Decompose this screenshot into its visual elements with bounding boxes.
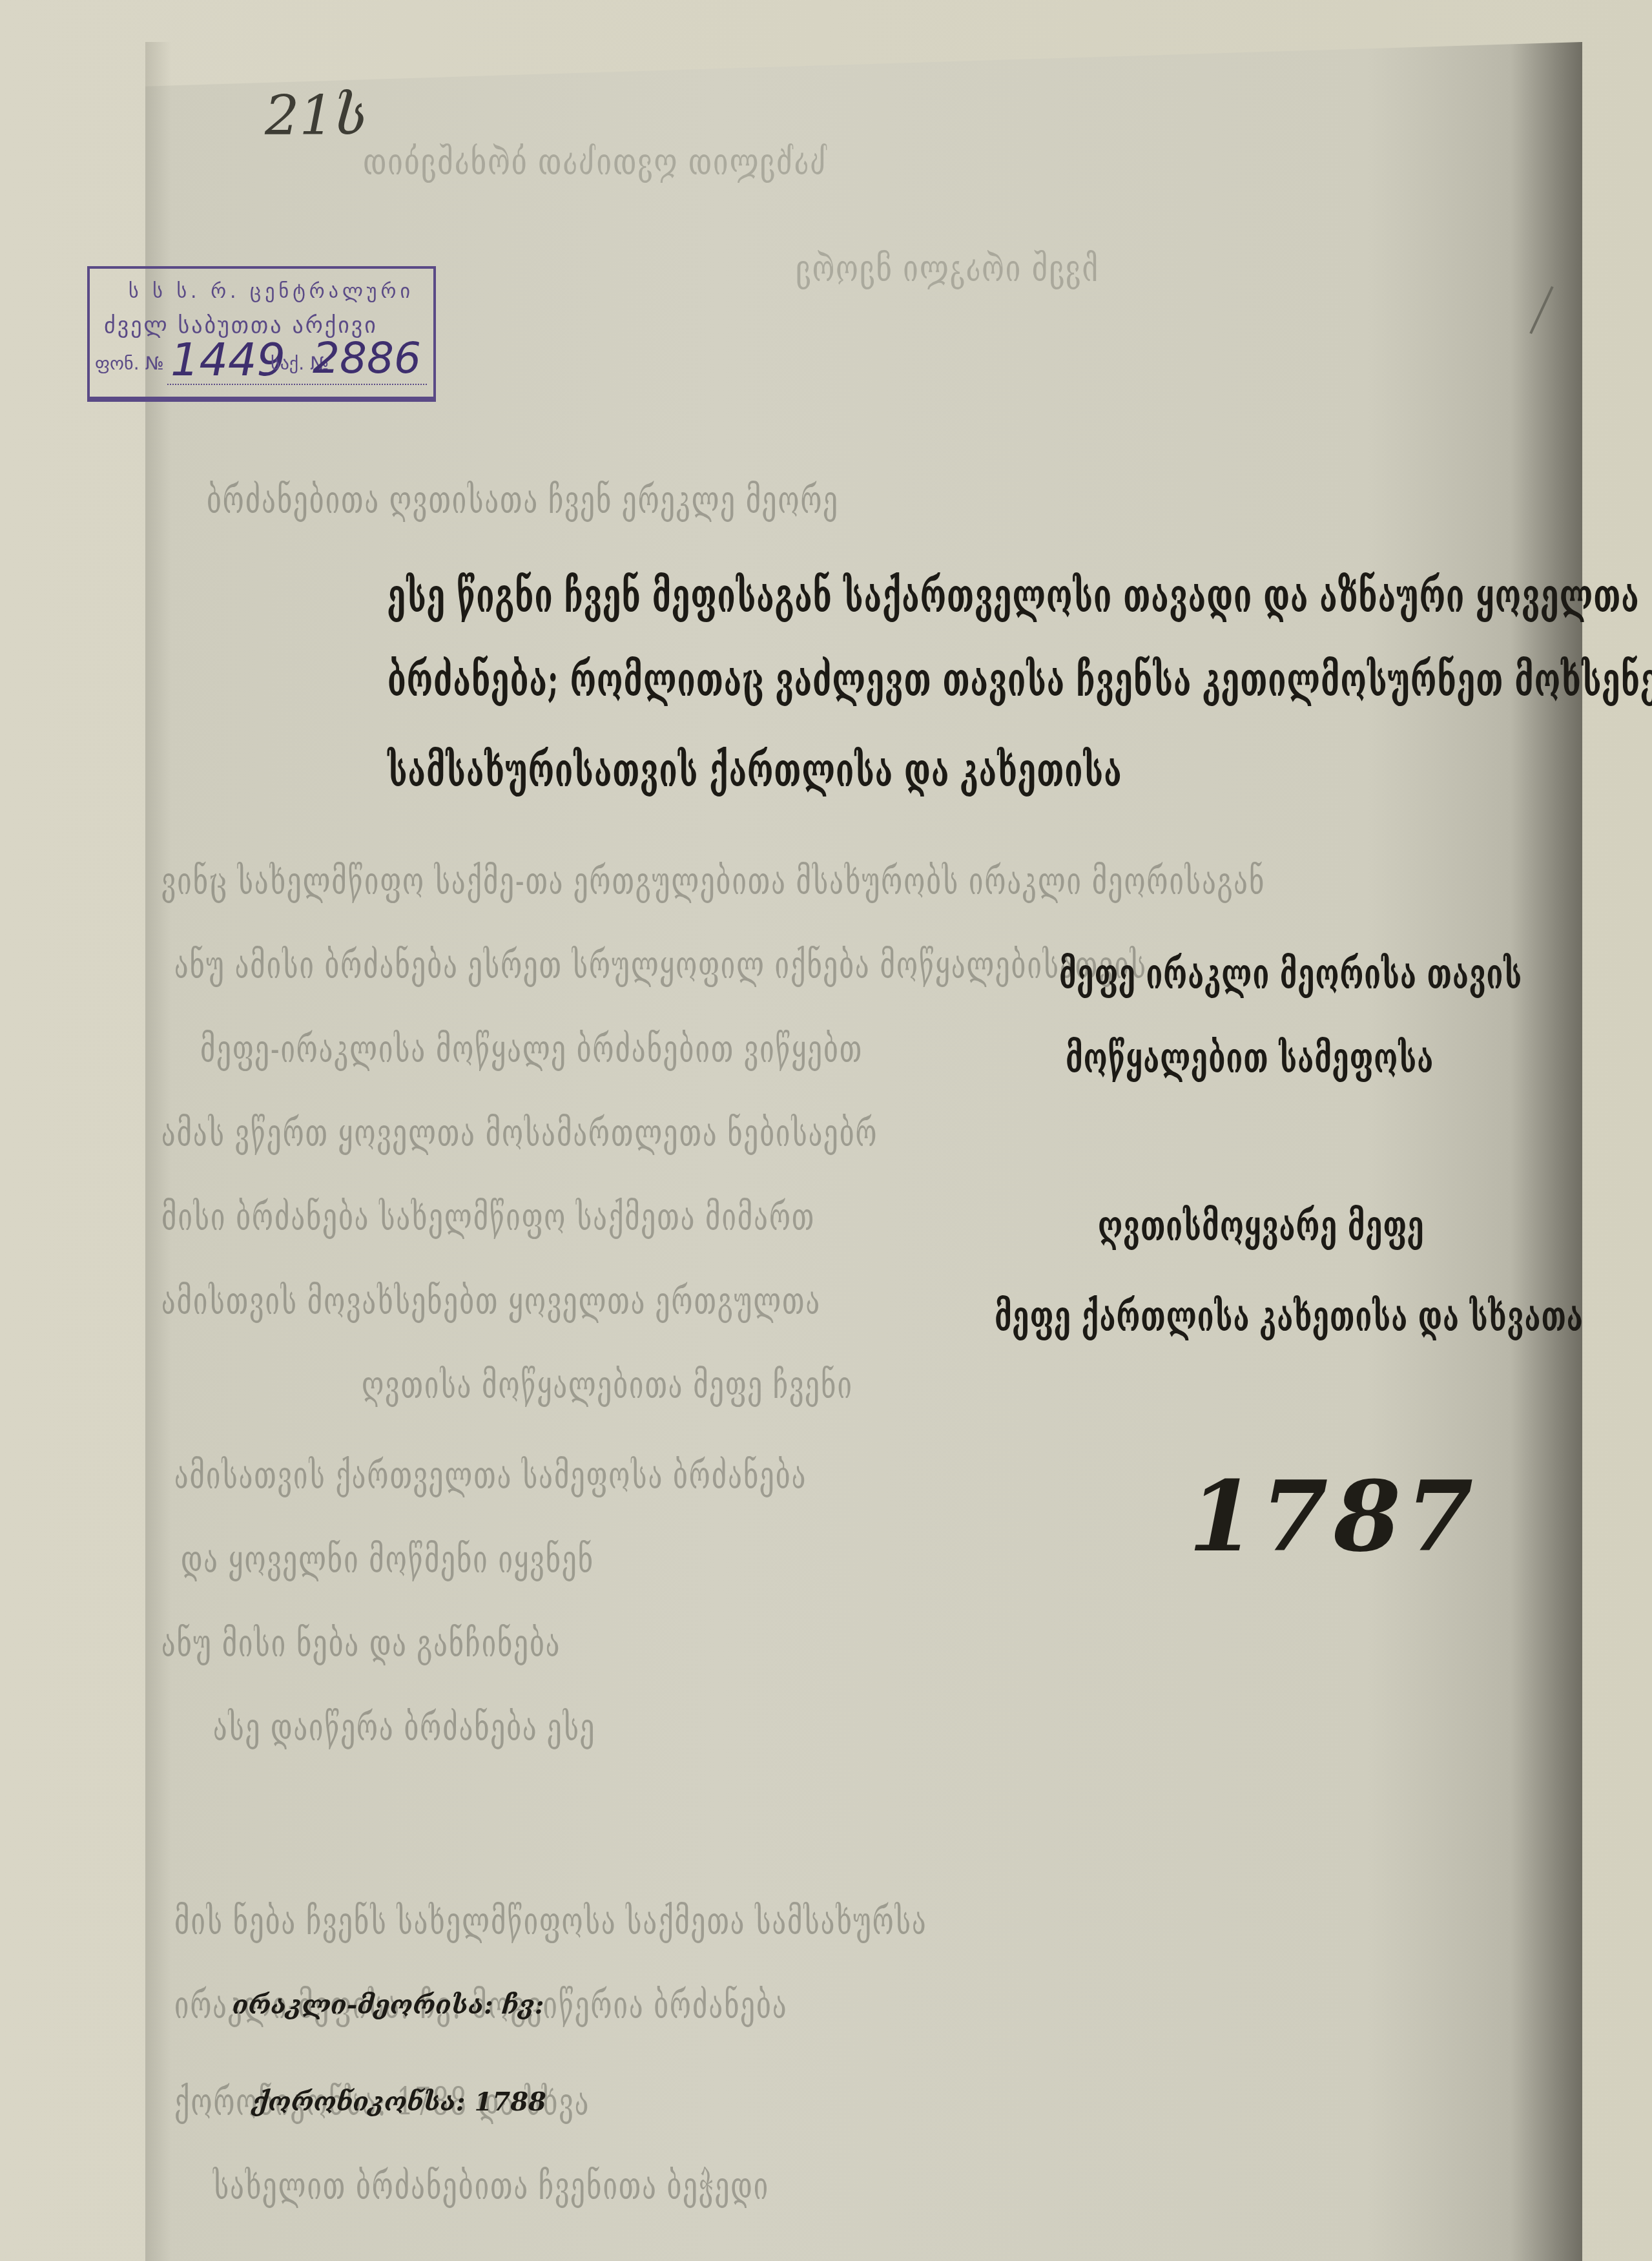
body-line-10: ანუ მისი ნება და განჩინება bbox=[161, 1621, 561, 1666]
body-line-9: და ყოველნი მოწმენი იყვნენ bbox=[181, 1537, 594, 1582]
bottom-line-4: სახელით ბრძანებითა ჩვენითა ბეჭედი bbox=[213, 2164, 769, 2209]
bottom-annotation-2: ქორონიკონსა: 1788 bbox=[252, 2087, 546, 2117]
large-date: 1787 bbox=[1188, 1460, 1478, 1574]
inline-annotation-4: მეფე ქართლისა კახეთისა და სხვათა bbox=[995, 1292, 1584, 1341]
body-line-8: ამისათვის ქართველთა სამეფოსა ბრძანება bbox=[174, 1453, 807, 1498]
body-line-5: მისი ბრძანება სახელმწიფო საქმეთა მიმართ bbox=[161, 1195, 815, 1240]
body-line-4: ამას ვწერთ ყოველთა მოსამართლეთა ნებისაებ… bbox=[161, 1111, 878, 1156]
bottom-line-1: მის ნება ჩვენს სახელმწიფოსა საქმეთა სამს… bbox=[174, 1899, 927, 1944]
bleed-header-line-2: ჩვენ ირაკლი მეორე bbox=[794, 245, 1098, 290]
body-line-7: ღვთისა მოწყალებითა მეფე ჩვენი bbox=[362, 1363, 853, 1408]
inline-annotation-1: მეფე ირაკლი მეორისა თავის bbox=[1059, 950, 1522, 999]
stamp-fond-number: 1449 bbox=[170, 333, 285, 386]
body-line-6: ამისთვის მოვახსენებთ ყოველთა ერთგულთა bbox=[161, 1279, 821, 1324]
stamp-dotted-line bbox=[167, 384, 427, 385]
inline-annotation-2: მოწყალებით სამეფოსა bbox=[1066, 1034, 1434, 1083]
bleed-header-line-1: სახელით ღვთისათ ბრძანებით bbox=[362, 139, 827, 183]
folio-number: 21ს bbox=[265, 84, 367, 147]
heading-line-2: ბრძანება; რომლითაც ვაძლევთ თავისა ჩვენსა… bbox=[387, 652, 1652, 707]
body-line-3: მეფე-ირაკლისა მოწყალე ბრძანებით ვიწყებთ bbox=[200, 1027, 863, 1072]
archive-stamp: ს ს ს. რ. ცენტრალური ძველ საბუთთა არქივი… bbox=[87, 266, 436, 402]
heading-line-1: ესე წიგნი ჩვენ მეფისაგან საქართველოსი თა… bbox=[387, 568, 1652, 623]
bottom-annotation-1: ირაკლი-მეორისა: ჩვ: bbox=[232, 1990, 544, 2020]
inline-annotation-3: ღვთისმოყვარე მეფე bbox=[1098, 1202, 1425, 1251]
body-line-2: ანუ ამისი ბრძანება ესრეთ სრულყოფილ იქნებ… bbox=[174, 943, 1147, 988]
heading-line-3: სამსახურისათვის ქართლისა და კახეთისა bbox=[387, 743, 1122, 797]
stamp-fond-label: ფონ. № bbox=[95, 353, 164, 374]
faint-title-line: ბრძანებითა ღვთისათა ჩვენ ერეკლე მეორე bbox=[207, 478, 839, 523]
stamp-item-number: 2886 bbox=[313, 333, 421, 383]
body-line-11: ასე დაიწერა ბრძანება ესე bbox=[213, 1705, 596, 1750]
stamp-line-1: ს ს ს. რ. ცენტრალური bbox=[129, 280, 414, 303]
body-line-1: ვინც სახელმწიფო საქმე-თა ერთგულებითა მსა… bbox=[161, 859, 1265, 904]
